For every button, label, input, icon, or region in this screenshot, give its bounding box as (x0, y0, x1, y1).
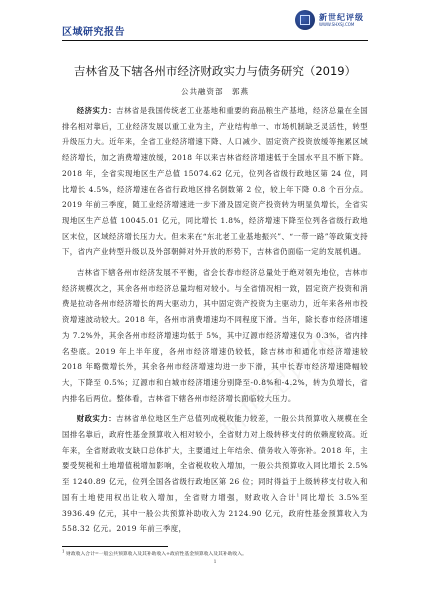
document-title: 吉林省及下辖各州市经济财政实力与债务研究（2019） (0, 63, 430, 79)
logo-name: 新世纪评级 (319, 14, 364, 22)
paragraph-lead: 财政实力： (77, 414, 116, 423)
document-body: 经济实力：吉林省是我国传统老工业基地和重要的商品粮生产基地，经济总量在全国排名相… (62, 103, 368, 542)
document-author: 公共融资部 郭燕 (0, 86, 430, 97)
paragraph-text: 吉林省是我国传统老工业基地和重要的商品粮生产基地，经济总量在全国排名相对靠后，工… (62, 106, 368, 256)
logo-emblem-icon (295, 10, 315, 30)
page-number: 1 (0, 560, 430, 565)
paragraph-text: 吉林省单位地区生产总值列成税收能力较差，一般公共预算收入规模在全国排名靠后，政府… (62, 414, 368, 502)
paragraph-fiscal-strength: 财政实力：吉林省单位地区生产总值列成税收能力较差，一般公共预算收入规模在全国排名… (62, 411, 368, 537)
footnote-divider (62, 546, 168, 547)
footnote: 1 财政收入合计=一般公共预算收入及其补助收入+政府性基金预算收入及其补助收入。 (62, 550, 247, 557)
page-header: 区域研究报告 新世纪评级 WWW.SHXSJ.COM (62, 8, 368, 41)
paragraph-lead: 经济实力： (77, 106, 116, 115)
logo-url: WWW.SHXSJ.COM (319, 23, 364, 27)
paragraph-text: 吉林省下辖各州市经济发展不平衡，省会长春市经济总量处于绝对领先地位，吉林市经济规… (62, 268, 368, 403)
report-category-title: 区域研究报告 (62, 23, 125, 38)
paragraph-economic-strength: 经济实力：吉林省是我国传统老工业基地和重要的商品粮生产基地，经济总量在全国排名相… (62, 103, 368, 260)
footnote-text: 财政收入合计=一般公共预算收入及其补助收入+政府性基金预算收入及其补助收入。 (66, 552, 247, 557)
brand-logo: 新世纪评级 WWW.SHXSJ.COM (295, 10, 364, 30)
paragraph-prefecture-economy: 吉林省下辖各州市经济发展不平衡，省会长春市经济总量处于绝对领先地位，吉林市经济规… (62, 265, 368, 406)
footnote-marker: 1 (62, 548, 65, 553)
